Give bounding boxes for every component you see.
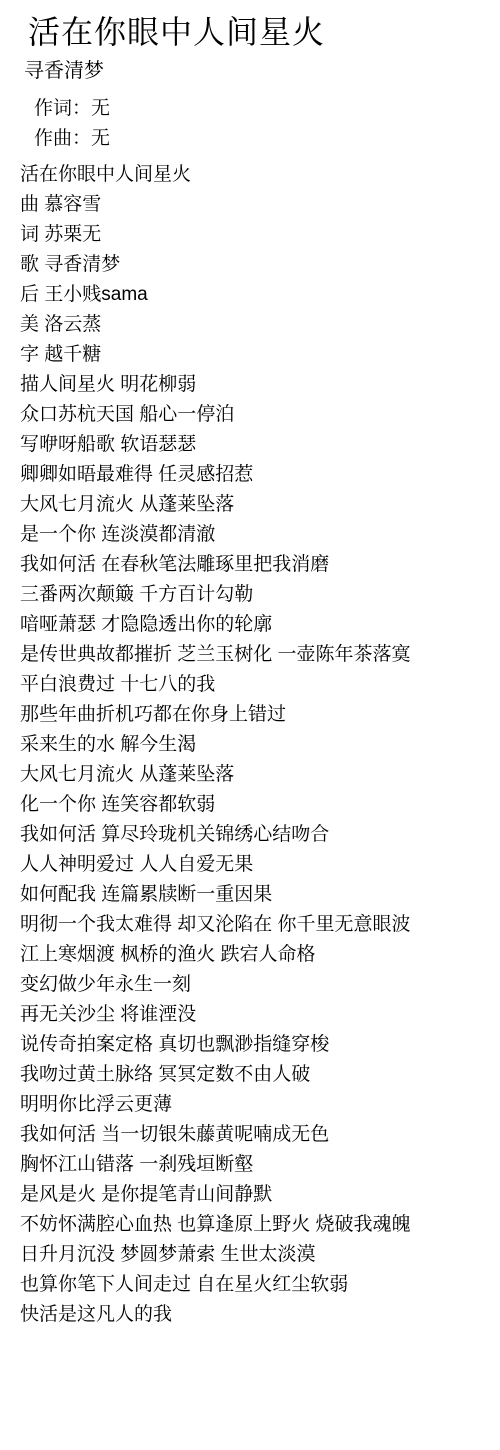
lyric-line: 我如何活 在春秋笔法雕琢里把我消磨 [20,550,490,580]
credit-line: 作曲：无 [20,124,490,154]
lyric-line: 字 越千糖 [20,340,490,370]
lyric-line: 我如何活 当一切银朱藤黄呢喃成无色 [20,1120,490,1150]
lyric-line: 大风七月流火 从蓬莱坠落 [20,760,490,790]
lyric-line: 众口苏杭天国 船心一停泊 [20,400,490,430]
lyric-line: 那些年曲折机巧都在你身上错过 [20,700,490,730]
lyric-line: 描人间星火 明花柳弱 [20,370,490,400]
lyric-line: 日升月沉没 梦圆梦萧索 生世太淡漠 [20,1240,490,1270]
lyric-line: 明明你比浮云更薄 [20,1090,490,1120]
lyric-line: 江上寒烟渡 枫桥的渔火 跌宕人命格 [20,940,490,970]
page-title: 活在你眼中人间星火 [28,12,490,52]
credit-line: 作词：无 [20,94,490,124]
lyric-line: 美 洛云蒸 [20,310,490,340]
lyric-line: 变幻做少年永生一刻 [20,970,490,1000]
lyric-line: 采来生的水 解今生渴 [20,730,490,760]
lyric-line: 快活是这凡人的我 [20,1300,490,1330]
lyric-line: 是一个你 连淡漠都清澈 [20,520,490,550]
lyrics-page: 活在你眼中人间星火 寻香清梦 作词：无作曲：无 活在你眼中人间星火曲 慕容雪词 … [0,0,500,1450]
credits-list: 作词：无作曲：无 [20,94,490,154]
lyric-line: 我如何活 算尽玲珑机关锦绣心结吻合 [20,820,490,850]
lyric-line: 喑哑萧瑟 才隐隐透出你的轮廓 [20,610,490,640]
lyric-line: 词 苏栗无 [20,220,490,250]
lyric-line: 卿卿如晤最难得 任灵感招惹 [20,460,490,490]
lyric-line: 曲 慕容雪 [20,190,490,220]
lyric-line: 后 王小贱sama [20,280,490,310]
lyric-line: 化一个你 连笑容都软弱 [20,790,490,820]
lyric-line: 明彻一个我太难得 却又沦陷在 你千里无意眼波 [20,910,490,940]
lyric-line: 说传奇拍案定格 真切也飘渺指缝穿梭 [20,1030,490,1060]
lyric-line: 三番两次颠簸 千方百计勾勒 [20,580,490,610]
lyric-line: 人人神明爱过 人人自爱无果 [20,850,490,880]
lyric-line: 我吻过黄土脉络 冥冥定数不由人破 [20,1060,490,1090]
lyric-line: 写咿呀船歌 软语瑟瑟 [20,430,490,460]
lyric-line: 歌 寻香清梦 [20,250,490,280]
lyric-line: 如何配我 连篇累牍断一重因果 [20,880,490,910]
lyric-line: 不妨怀满腔心血热 也算逢原上野火 烧破我魂魄 [20,1210,490,1240]
lyric-line: 平白浪费过 十七八的我 [20,670,490,700]
artist-name: 寻香清梦 [24,58,490,84]
lyric-line: 是风是火 是你提笔青山间静默 [20,1180,490,1210]
lyric-line: 再无关沙尘 将谁湮没 [20,1000,490,1030]
lyric-line: 胸怀江山错落 一刹残垣断壑 [20,1150,490,1180]
lyric-line: 是传世典故都摧折 芝兰玉树化 一壶陈年茶落寞 [20,640,490,670]
lyric-line: 活在你眼中人间星火 [20,160,490,190]
lyric-line: 也算你笔下人间走过 自在星火红尘软弱 [20,1270,490,1300]
lyrics-list: 活在你眼中人间星火曲 慕容雪词 苏栗无歌 寻香清梦后 王小贱sama美 洛云蒸字… [20,160,490,1330]
lyric-line: 大风七月流火 从蓬莱坠落 [20,490,490,520]
